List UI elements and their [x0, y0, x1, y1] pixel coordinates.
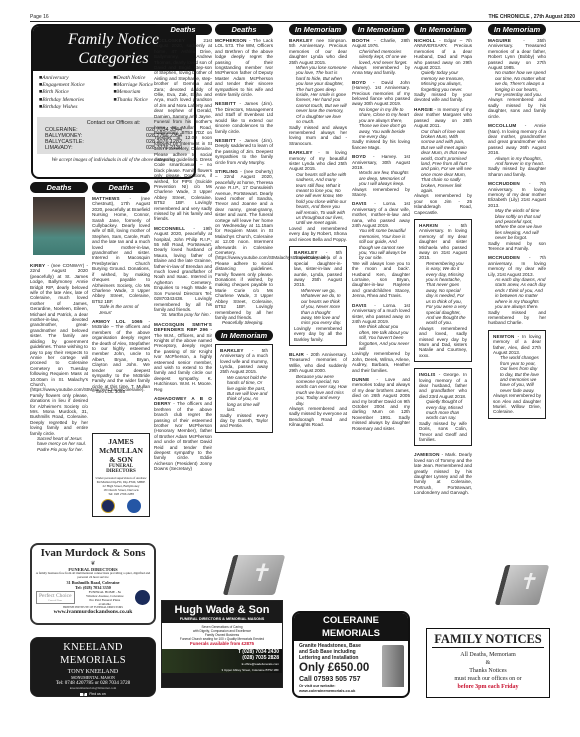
- notice-barkley: BARKLEY nee Simpson. 5th Anniversary. Pr…: [289, 38, 347, 146]
- notice-macosquin: MACOSQUIN SMITH'S DEFENDERS RBP 296 - Th…: [154, 322, 212, 392]
- family-notices-deadline-box: FAMILY NOTICES All Deaths, Memoriam & Th…: [426, 628, 550, 698]
- notice-mcpherson: MCPHERSON - The Lack LOL 573. The WM, Of…: [215, 38, 273, 97]
- notice-boyd: BOYD - Harvey. 1st Anniversary, 30th Aug…: [352, 154, 410, 197]
- notice-harkin-boxed: HARKIN - 5th Anniversary. In loving memo…: [414, 219, 472, 362]
- notice-davis: DAVIS - Lorna. 1st Anniversary of a much…: [352, 303, 410, 373]
- column-1: Deaths KIRBY - (nee CONWAY) - 22nd Augus…: [30, 182, 88, 456]
- notice-maguire: MAGUIRE - 35th Anniversary. Treasured me…: [488, 38, 546, 119]
- column-3: Deaths MCCLOSKEY - 21st August 2020, sud…: [154, 24, 212, 476]
- column-4: Deaths MCPHERSON - The Lack LOL 573. The…: [215, 24, 273, 433]
- notice-matthews: MATTHEWS - (nee Chestnutt), 17th August …: [92, 196, 150, 315]
- notice-mccollum: MCCOLLUM - Annie (Nan). In loving memory…: [488, 123, 546, 177]
- notice-nesbitt: NESBITT - James (Jim). Deeply saddened t…: [215, 138, 273, 165]
- facebook-link[interactable]: f Find us onFacebook: [31, 692, 155, 697]
- category-item: Birthday Memories: [39, 97, 114, 104]
- notice-boyd: BOYD - David John (Harvey). 1st Annivers…: [352, 80, 410, 150]
- page-number: Page 16: [30, 14, 49, 20]
- crest-logo: [101, 499, 115, 513]
- column-5: In Memoriam BARKLEY nee Simpson. 5th Ann…: [289, 24, 347, 432]
- deceased-photo: [33, 197, 85, 255]
- section-header-memoriam: In Memoriam: [352, 24, 410, 35]
- bible-image: ✝: [495, 565, 550, 605]
- notice-hargie: HARGIE - In memory of my dear mother Mar…: [414, 107, 472, 215]
- column-2: Deaths MATTHEWS - (nee Chestnutt), 17th …: [92, 182, 150, 399]
- association-logo: [127, 499, 141, 513]
- section-header-memoriam: In Memoriam: [488, 24, 546, 35]
- bifd-logo: [135, 590, 150, 605]
- notice-barkley: BARKLEY - In loving memory of my beautif…: [289, 150, 347, 242]
- category-item: Engagement Notice: [39, 82, 114, 89]
- notice-mccloskey: MCCLOSKEY - 21st August 2020, suddenly a…: [154, 38, 212, 222]
- notice-jamieson: JAMIESON - Mark. Dearly loved son of Tom…: [414, 452, 472, 495]
- facebook-icon: f: [80, 693, 87, 698]
- mcmullan-ad: JAMES McMULLAN & SON FUNERAL DIRECTORS U…: [92, 433, 150, 517]
- section-header-deaths: Deaths: [154, 24, 212, 35]
- notice-kirby: KIRBY - (nee CONWAY) - 22nd August 2020 …: [30, 263, 88, 452]
- notice-mcconnell: MCCONNELL - 19th August 2020, peacefully…: [154, 226, 212, 318]
- notice-armoy: ARMOY LOL 1065 - McBride – The officers …: [92, 319, 150, 395]
- section-header-memoriam: In Memoriam: [289, 24, 347, 35]
- notice-davis: DAVIS - Lorna. 1st Anniversary of a dear…: [352, 201, 410, 298]
- section-header-deaths: Deaths: [215, 24, 273, 35]
- notice-barkley-boxed: BARKLEY - 5th Anniversary of a much love…: [215, 344, 273, 433]
- masthead-date: THE CHRONICLE , 27th August 2020: [489, 14, 576, 20]
- notice-barkley-boxed: BARKLEY - 5th Anniversary of a of a spec…: [289, 246, 347, 346]
- ornament-icon: ❦: [34, 560, 152, 567]
- bible-image: ✝: [223, 555, 286, 595]
- section-header-memoriam: In Memoriam: [414, 24, 472, 35]
- column-6: In Memoriam BOOTH - Charlie, 28th August…: [352, 24, 410, 435]
- notice-nesbitt: NESBITT - James (Jim). The Directors, Ma…: [215, 101, 273, 133]
- notice-mccrudden: MCCRUDDEN - 7th Anniversary. In loving m…: [488, 181, 546, 251]
- coleraine-memorials-ad: COLERAINE MEMORIALS Granite Headstones, …: [292, 611, 410, 698]
- column-7: In Memoriam NICHOLL - Edgar – 7th ANNIVE…: [414, 24, 472, 500]
- cross-icon: ✝: [248, 559, 276, 588]
- section-header-memoriam: In Memoriam: [215, 330, 273, 341]
- notice-nicholl: NICHOLL - Edgar – 7th ANNIVERSARY. Preci…: [414, 38, 472, 103]
- notice-aghadowey: AGHADOWEY A B O DERRY - The officers and…: [154, 396, 212, 472]
- notice-blair: BLAIR - 20th Anniversary. Treasured memo…: [289, 352, 347, 428]
- section-header-deaths: Deaths: [30, 182, 88, 193]
- notice-booth: BOOTH - Charlie, 28th August 1976.Cheris…: [352, 38, 410, 76]
- cross-icon: ✝: [516, 569, 541, 595]
- column-8: In Memoriam MAGUIRE - 35th Anniversary. …: [488, 24, 546, 419]
- notice-mccrudden: MCCRUDDEN - 7th anniversary. In loving m…: [488, 255, 546, 325]
- page-header: Page 16 THE CHRONICLE , 27th August 2020: [30, 14, 580, 22]
- notice-stirling: STIRLING - (nee Doherty) – 22nd August 2…: [215, 169, 273, 326]
- category-item: Birthday Wishes: [39, 104, 114, 111]
- notice-inglis-boxed: INGLIS - George. In loving memory of a d…: [414, 368, 472, 446]
- category-item: Birth Notice: [39, 89, 114, 96]
- section-header-deaths: Deaths: [92, 182, 150, 193]
- headstone-image: [382, 645, 404, 687]
- wade-ad: Hugh Wade & Son FUNERAL DIRECTORS & MEMO…: [161, 600, 283, 688]
- murdock-ad: Ivan Murdock & Sons ❦ FUNERAL DIRECTORS …: [30, 543, 156, 625]
- notice-dunne: DUNNE - Love and memories today and alwa…: [352, 377, 410, 431]
- kneeland-ad: KNEELAND MEMORIALS TONY KNEELAND MONUMEN…: [30, 637, 156, 697]
- category-item: Anniversary: [39, 75, 114, 82]
- notice-newton-boxed: NEWTON - In loving memory of a dear fath…: [488, 330, 546, 419]
